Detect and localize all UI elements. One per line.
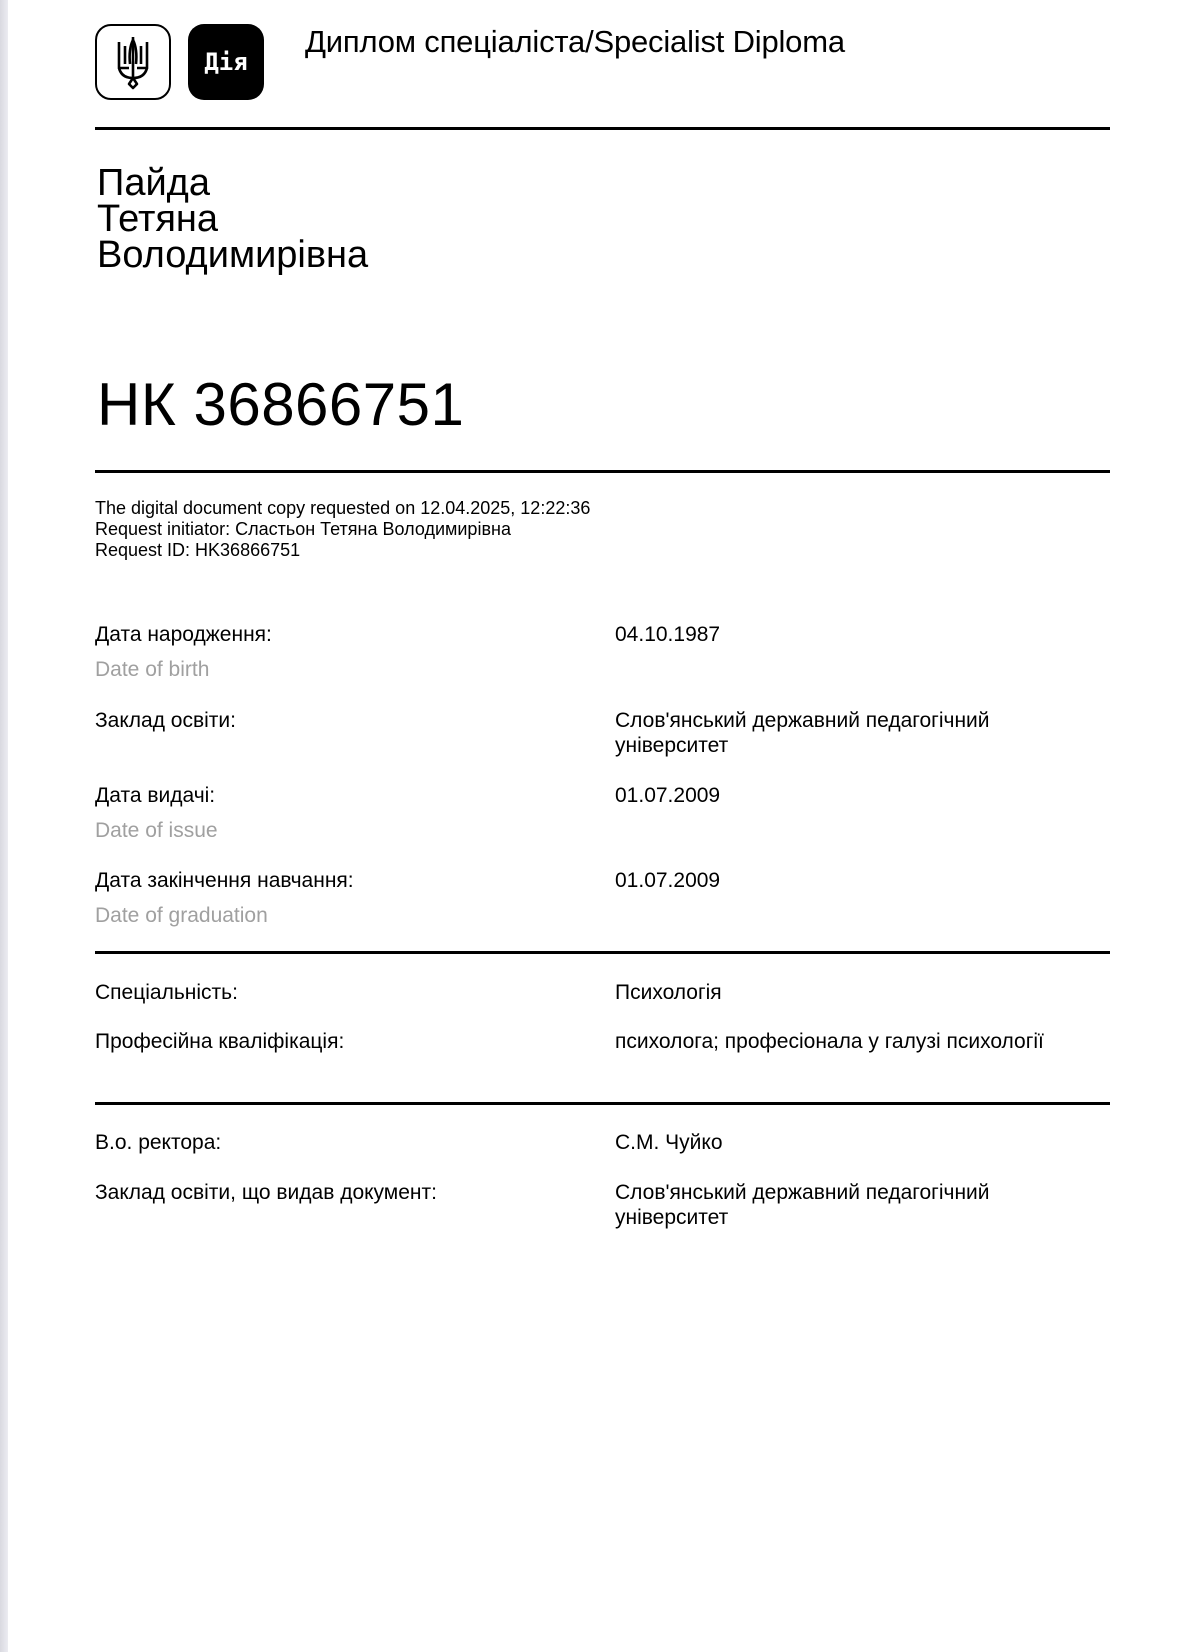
field-label: Спеціальність:: [95, 980, 238, 1005]
field-value: С.М. Чуйко: [615, 1130, 1095, 1155]
divider: [95, 1102, 1110, 1105]
request-initiator-line: Request initiator: Сластьон Тетяна Волод…: [95, 519, 590, 540]
document-header: Дія Диплом спеціаліста/Specialist Diplom…: [95, 24, 1110, 104]
holder-given-name: Тетяна: [97, 201, 368, 237]
field-value: 01.07.2009: [615, 868, 1095, 893]
field-value: Психологія: [615, 980, 1095, 1005]
field-label: Заклад освіти:: [95, 708, 236, 733]
request-info: The digital document copy requested on 1…: [95, 498, 590, 561]
field-value: 04.10.1987: [615, 622, 1095, 647]
holder-surname: Пайда: [97, 165, 368, 201]
request-id-line: Request ID: HK36866751: [95, 540, 590, 561]
left-edge-strip: [0, 0, 8, 1652]
holder-name: Пайда Тетяна Володимирівна: [97, 165, 368, 273]
divider: [95, 127, 1110, 130]
divider: [95, 470, 1110, 473]
trident-icon: [115, 34, 151, 90]
field-value: психолога; професіонала у галузі психоло…: [615, 1029, 1095, 1054]
field-sublabel: Date of issue: [95, 819, 218, 843]
requested-date-line: The digital document copy requested on 1…: [95, 498, 590, 519]
diia-logo-text: Дія: [204, 48, 247, 76]
field-label: Дата видачі:: [95, 783, 215, 808]
field-value: Слов'янський державний педагогічний унів…: [615, 1180, 1095, 1230]
field-sublabel: Date of birth: [95, 658, 209, 682]
diia-logo: Дія: [188, 24, 264, 100]
holder-patronymic: Володимирівна: [97, 237, 368, 273]
field-label: В.о. ректора:: [95, 1130, 221, 1155]
field-sublabel: Date of graduation: [95, 904, 268, 928]
document-title: Диплом спеціаліста/Specialist Diploma: [305, 24, 845, 60]
field-label: Професійна кваліфікація:: [95, 1029, 344, 1054]
field-value: 01.07.2009: [615, 783, 1095, 808]
field-label: Заклад освіти, що видав документ:: [95, 1180, 437, 1205]
trident-logo: [95, 24, 171, 100]
document-number: НК 36866751: [97, 370, 464, 439]
field-label: Дата народження:: [95, 622, 272, 647]
divider: [95, 951, 1110, 954]
field-label: Дата закінчення навчання:: [95, 868, 354, 893]
field-value: Слов'янський державний педагогічний унів…: [615, 708, 1095, 758]
